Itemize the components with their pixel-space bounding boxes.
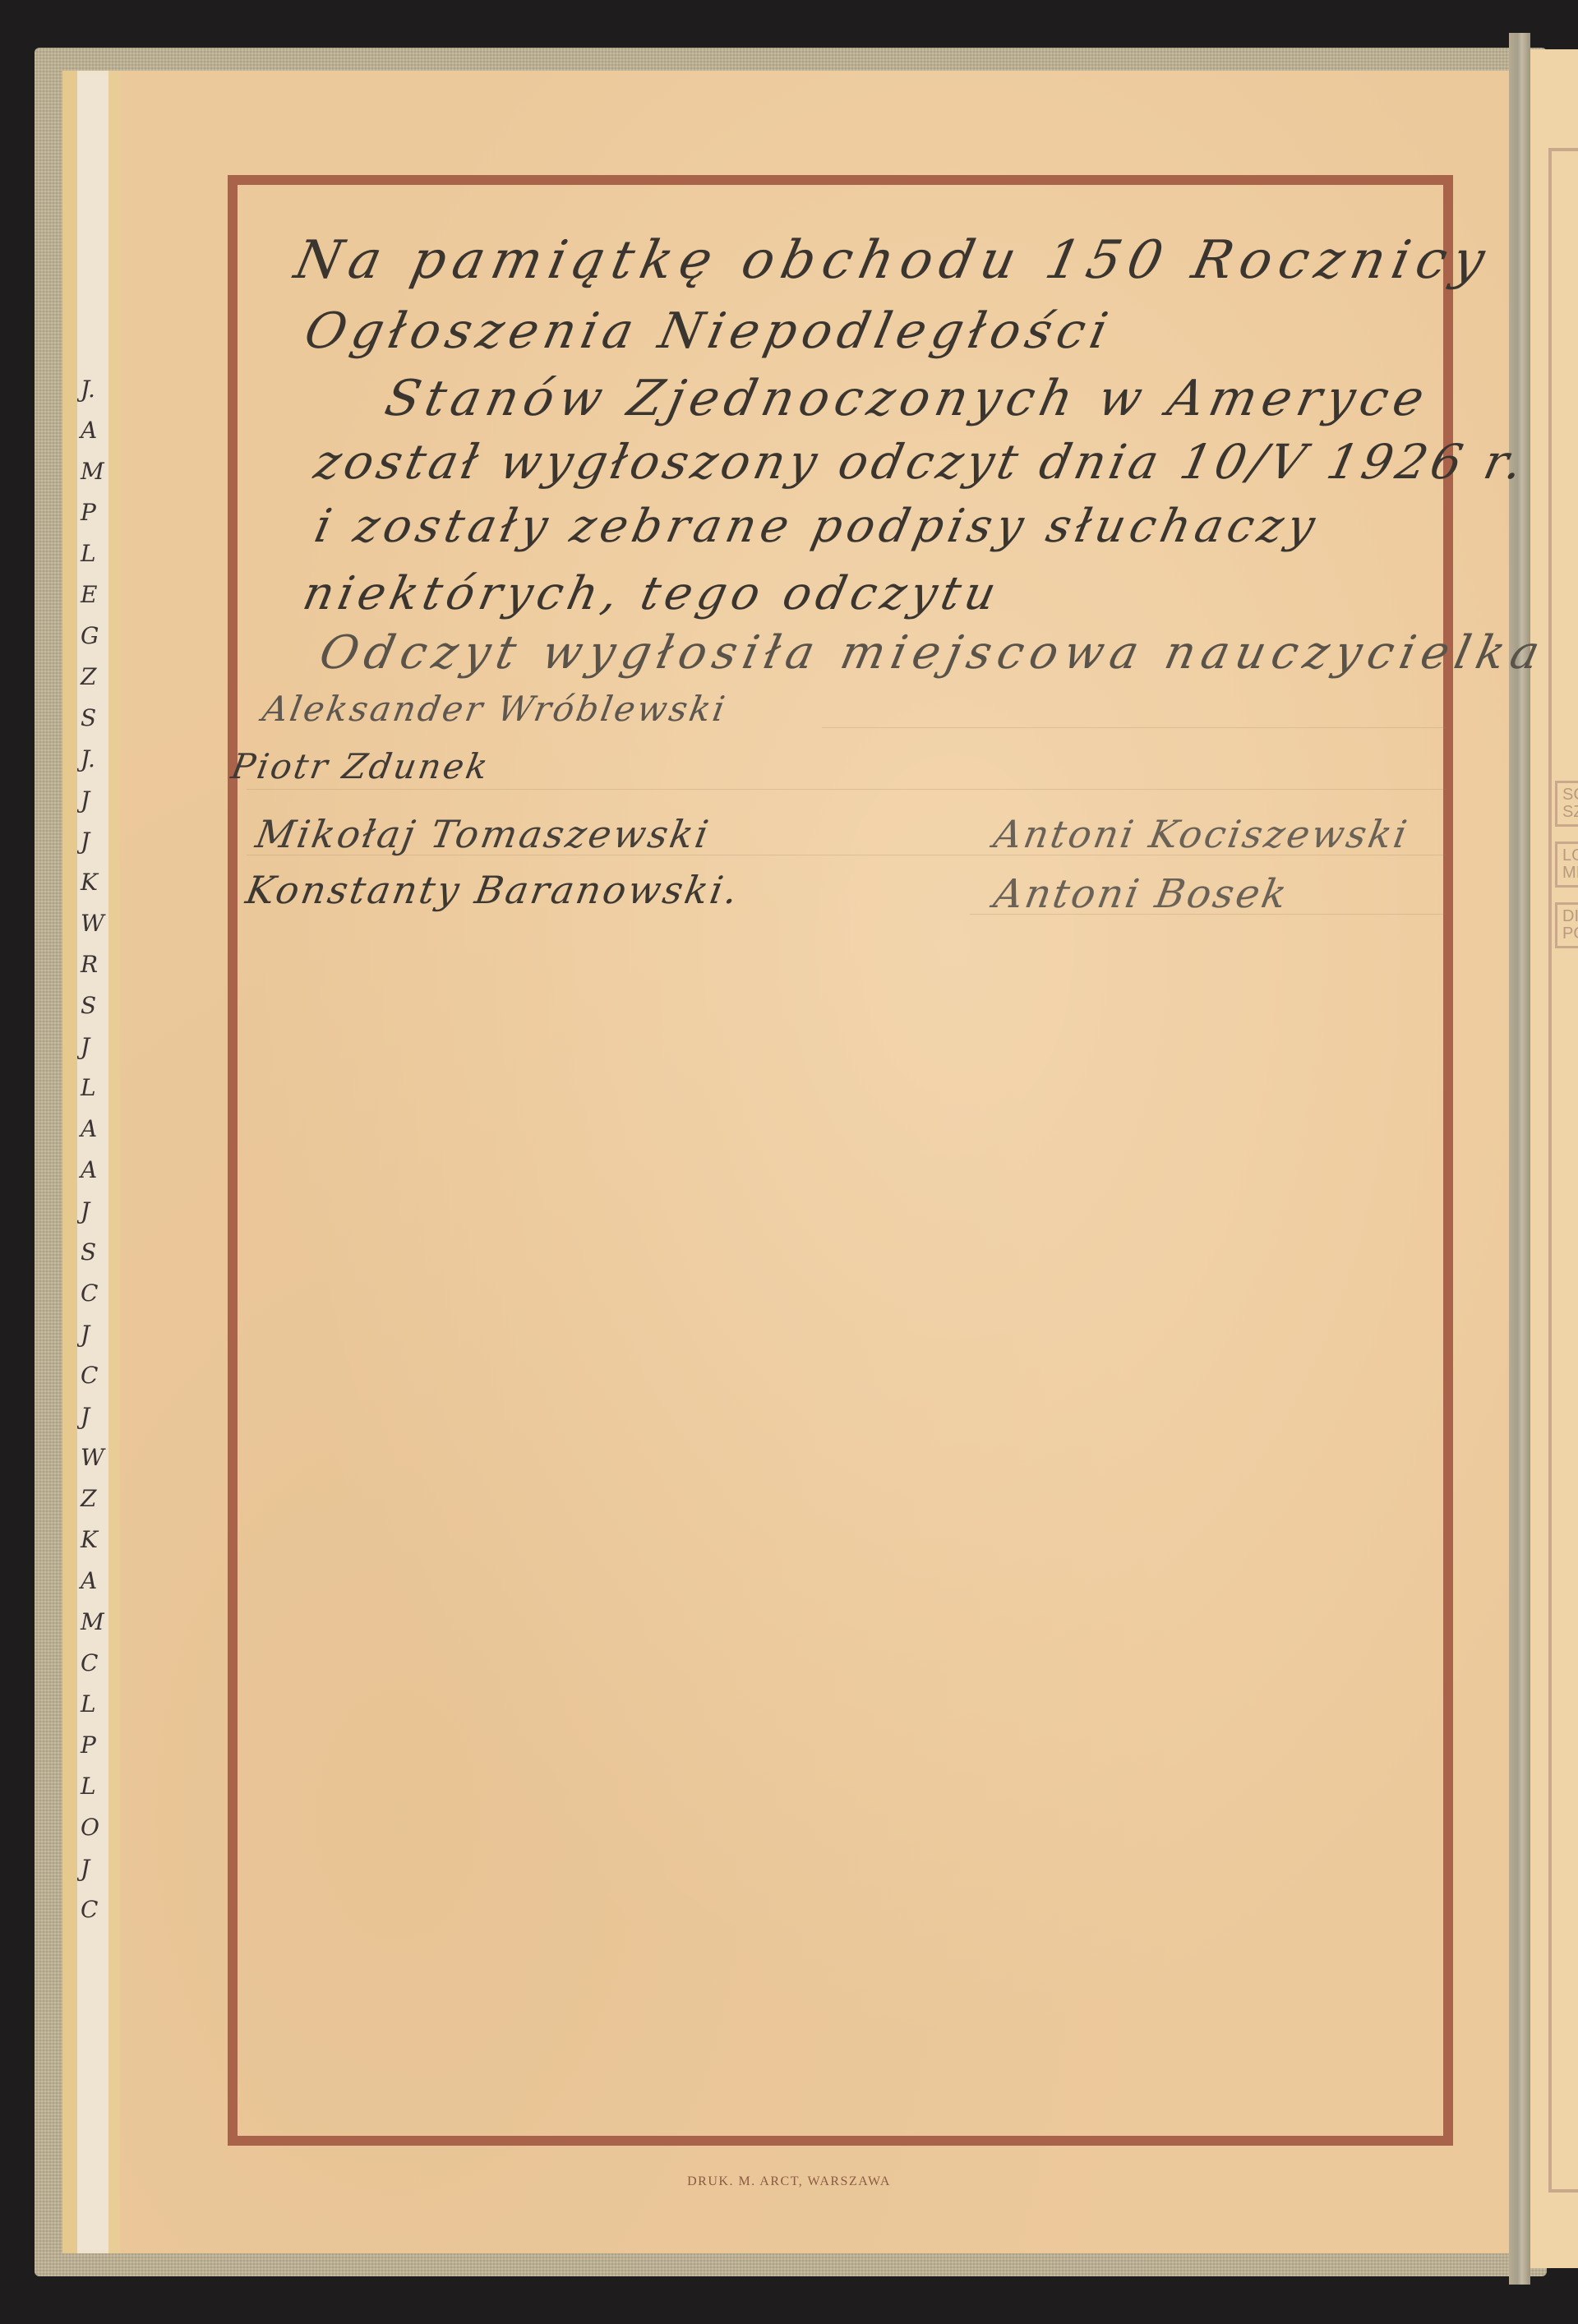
stub-letter: A xyxy=(81,419,108,442)
signature-wroblewski: Aleksander Wróblewski xyxy=(260,689,731,729)
stub-letter: P xyxy=(81,1734,108,1757)
stub-letter: W xyxy=(81,1446,108,1469)
printer-imprint: DRUK. M. ARCT, WARSZAWA xyxy=(0,2174,1578,2189)
stub-letters: J.AMPLEGZSJ.JJKWRSJLAAJSCJCJWZKAMCLPLOJC xyxy=(77,378,108,1921)
stub-letter: J xyxy=(81,1857,108,1880)
stub-letter: C xyxy=(81,1898,108,1921)
stub-letter: M xyxy=(81,460,108,483)
stub-letter: K xyxy=(81,1529,108,1552)
handwritten-line-4: został wygłoszony odczyt dnia 10/V 1926 … xyxy=(310,434,1532,490)
stub-letter: W xyxy=(81,912,108,935)
handwritten-line-2: Ogłoszenia Niepodległości xyxy=(300,302,1119,360)
signature-kociszewski: Antoni Kociszewski xyxy=(990,812,1412,856)
handwritten-line-3: Stanów Zjednoczonych w Ameryce xyxy=(381,370,1435,427)
stub-letter: M xyxy=(81,1611,108,1634)
binding-stub: J.AMPLEGZSJ.JJKWRSJLAAJSCJCJWZKAMCLPLOJC xyxy=(77,74,108,2250)
stub-letter: J xyxy=(81,1200,108,1223)
stub-letter: J xyxy=(81,1405,108,1428)
stub-letter: S xyxy=(81,1241,108,1264)
stub-letter: S xyxy=(81,994,108,1017)
signature-baranowski: Konstanty Baranowski. xyxy=(242,868,743,912)
stub-letter: C xyxy=(81,1652,108,1675)
stub-letter: L xyxy=(81,1693,108,1716)
stub-letter: A xyxy=(81,1570,108,1593)
handwritten-line-6: niektórych, tego odczytu xyxy=(298,567,1005,620)
faint-ruled-line xyxy=(247,789,1446,790)
handwritten-line-1: Na pamiątkę obchodu 150 Rocznicy xyxy=(289,230,1497,291)
stub-letter: Z xyxy=(81,666,108,689)
adjacent-page-frame xyxy=(1548,148,1578,2193)
stub-letter: J. xyxy=(81,748,108,771)
adjacent-label: SCHO SZKO xyxy=(1555,781,1578,827)
adjacent-label: LOC MIE xyxy=(1555,842,1578,888)
stub-letter: L xyxy=(81,1775,108,1798)
stub-letter: K xyxy=(81,871,108,894)
stub-letter: A xyxy=(81,1118,108,1141)
stub-letter: P xyxy=(81,501,108,524)
stub-letter: L xyxy=(81,1077,108,1100)
stub-letter: J xyxy=(81,1035,108,1058)
stub-letter: A xyxy=(81,1159,108,1182)
stub-letter: E xyxy=(81,583,108,606)
stub-letter: Z xyxy=(81,1487,108,1510)
stub-letter: R xyxy=(81,953,108,976)
adjacent-page-labels: SCHO SZKO LOC MIE DIST POW xyxy=(1555,781,1578,948)
adjacent-page: SCHO SZKO LOC MIE DIST POW xyxy=(1530,49,1578,2268)
stub-letter: O xyxy=(81,1816,108,1839)
book-gutter xyxy=(1509,33,1530,2285)
signature-bosek: Antoni Bosek xyxy=(990,871,1292,917)
stub-letter: G xyxy=(81,625,108,648)
stub-letter: J. xyxy=(81,378,108,401)
adjacent-label: DIST POW xyxy=(1555,902,1578,948)
stub-letter: L xyxy=(81,542,108,565)
signature-zdunek: Piotr Zdunek xyxy=(228,746,493,786)
stub-letter: S xyxy=(81,707,108,730)
stub-letter: C xyxy=(81,1364,108,1387)
stub-letter: J xyxy=(81,789,108,812)
handwritten-line-5: i zostały zebrane podpisy słuchaczy xyxy=(310,500,1324,553)
stub-letter: J xyxy=(81,1323,108,1346)
faint-ruled-line xyxy=(822,727,1446,728)
stub-letter: C xyxy=(81,1282,108,1305)
handwritten-line-7: Odczyt wygłosiła miejscowa nauczycielka xyxy=(315,626,1551,680)
signature-tomaszewski: Mikołaj Tomaszewski xyxy=(252,812,714,856)
stub-letter: J xyxy=(81,830,108,853)
